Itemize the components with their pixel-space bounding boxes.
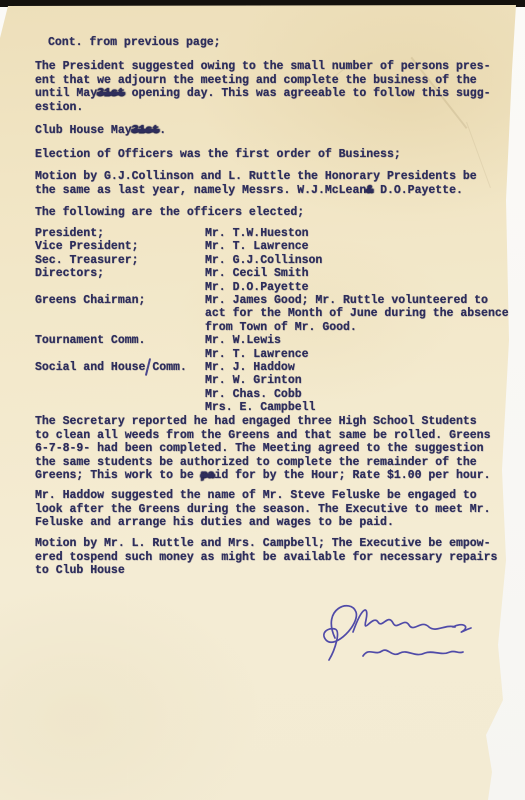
officers-heading: The following are the officers elected; bbox=[35, 206, 511, 220]
office-label: Directors; bbox=[35, 267, 205, 280]
officer-name: Mrs. E. Campbell bbox=[205, 401, 315, 414]
signature-ink-strokes bbox=[305, 598, 495, 688]
office-label bbox=[35, 348, 205, 361]
officers-table: President;Mr. T.W.Hueston Vice President… bbox=[35, 227, 513, 414]
paragraph-president-line: until May31st opening day. This was agre… bbox=[35, 87, 511, 101]
text-segment: Club House May bbox=[35, 124, 132, 137]
officer-row: President;Mr. T.W.Hueston bbox=[35, 227, 513, 240]
officer-row: Tournament Comm.Mr. W.Lewis bbox=[35, 334, 513, 347]
text-segment: Greens; This work to be bbox=[35, 469, 201, 482]
text-segment: . bbox=[159, 124, 166, 137]
officer-name: Mr. Cecil Smith bbox=[205, 267, 309, 280]
office-label: Vice President; bbox=[35, 240, 205, 253]
motion-repairs-line: ered tospend such money as might be avai… bbox=[35, 551, 511, 565]
secretary-paragraph-line: to clean all weeds from the Greens and t… bbox=[35, 429, 511, 443]
scanned-minutes-page: { "doc": { "cont_note": "Cont. from prev… bbox=[0, 0, 525, 800]
officer-row: Sec. Treasurer;Mr. G.J.Collinson bbox=[35, 254, 513, 267]
office-label bbox=[35, 401, 205, 414]
office-label bbox=[35, 388, 205, 401]
officer-name: Mr. T. Lawrence bbox=[205, 240, 309, 253]
paragraph-president-line: The President suggested owing to the sma… bbox=[35, 60, 511, 74]
officer-row: Mr. T. Lawrence bbox=[35, 348, 513, 361]
office-label bbox=[35, 374, 205, 387]
office-label: Greens Chairman; bbox=[35, 294, 205, 307]
motion-honorary-line: the same as last year, namely Messrs. W.… bbox=[35, 184, 511, 198]
officer-row: act for the Month of June during the abs… bbox=[35, 307, 513, 320]
haddow-paragraph-line: Mr. Haddow suggested the name of Mr. Ste… bbox=[35, 489, 511, 503]
officer-row: Social and House Comm.Mr. J. Haddow bbox=[35, 361, 513, 374]
haddow-paragraph-line: Feluske and arrange his duties and wages… bbox=[35, 516, 511, 530]
officer-name: Mr. T. Lawrence bbox=[205, 348, 309, 361]
text-segment: id for by the Hour; Rate $1.00 per hour. bbox=[214, 469, 490, 482]
officer-name: Mr. W. Grinton bbox=[205, 374, 302, 387]
club-house-line: Club House May31st. bbox=[35, 124, 511, 138]
office-label: President; bbox=[35, 227, 205, 240]
officer-row: Directors;Mr. Cecil Smith bbox=[35, 267, 513, 280]
haddow-paragraph-line: look after the Greens during the season.… bbox=[35, 503, 511, 517]
officer-name: Mr. D.O.Payette bbox=[205, 281, 309, 294]
officer-row: Mr. W. Grinton bbox=[35, 374, 513, 387]
officer-row: Vice President;Mr. T. Lawrence bbox=[35, 240, 513, 253]
officer-name: Mr. James Good; Mr. Ruttle volunteered t… bbox=[205, 294, 488, 307]
office-label: Social and House Comm. bbox=[35, 361, 205, 374]
secretary-paragraph-line: The Secretary reported he had engaged th… bbox=[35, 415, 511, 429]
office-label: Tournament Comm. bbox=[35, 334, 205, 347]
text-segment: until May bbox=[35, 87, 97, 100]
officer-row: Greens Chairman;Mr. James Good; Mr. Rutt… bbox=[35, 294, 513, 307]
ink-slash-mark bbox=[145, 358, 151, 376]
officer-name: Mr. Chas. Cobb bbox=[205, 388, 302, 401]
secretary-paragraph-line: the same students be authorized to compl… bbox=[35, 456, 511, 470]
secretary-paragraph-line: Greens; This work to be paid for by the … bbox=[35, 469, 511, 483]
officer-name: act for the Month of June during the abs… bbox=[205, 307, 509, 320]
officer-name: Mr. G.J.Collinson bbox=[205, 254, 322, 267]
paragraph-president-line: estion. bbox=[35, 101, 511, 115]
paragraph-president-line: ent that we adjourn the meeting and comp… bbox=[35, 74, 511, 88]
motion-honorary-line: Motion by G.J.Collinson and L. Ruttle th… bbox=[35, 170, 511, 184]
overstruck-date: 31st bbox=[132, 124, 160, 137]
motion-repairs-line: Motion by Mr. L. Ruttle and Mrs. Campbel… bbox=[35, 537, 511, 551]
overstruck-date: 31st bbox=[97, 87, 125, 100]
officer-name: Mr. W.Lewis bbox=[205, 334, 281, 347]
secretary-paragraph-line: 6-7-8-9- had been completed. The Meeting… bbox=[35, 442, 511, 456]
officer-name: Mr. T.W.Hueston bbox=[205, 227, 309, 240]
text-segment: opening day. This was agreeable to follo… bbox=[125, 87, 491, 100]
office-label: Sec. Treasurer; bbox=[35, 254, 205, 267]
text-segment: D.O.Payette. bbox=[373, 184, 463, 197]
officer-row: Mr. Chas. Cobb bbox=[35, 388, 513, 401]
text-segment: the same as last year, namely Messrs. W.… bbox=[35, 184, 366, 197]
officer-name: from Town of Mr. Good. bbox=[205, 321, 357, 334]
officer-row: Mr. D.O.Payette bbox=[35, 281, 513, 294]
officer-name: Mr. J. Haddow bbox=[205, 361, 295, 374]
handwritten-signature: G.J.Collinson Sec Treas bbox=[305, 598, 495, 688]
officer-row: Mrs. E. Campbell bbox=[35, 401, 513, 414]
paper-sheet: Cont. from previous page; The President … bbox=[0, 0, 525, 800]
election-line: Election of Officers was the first order… bbox=[35, 148, 511, 162]
motion-repairs-line: to Club House bbox=[35, 564, 511, 578]
officer-row: from Town of Mr. Good. bbox=[35, 321, 513, 334]
continuation-note: Cont. from previous page; bbox=[48, 36, 511, 50]
office-label bbox=[35, 281, 205, 294]
office-label bbox=[35, 321, 205, 334]
overstruck-letters: pa bbox=[201, 469, 215, 482]
office-label bbox=[35, 307, 205, 320]
